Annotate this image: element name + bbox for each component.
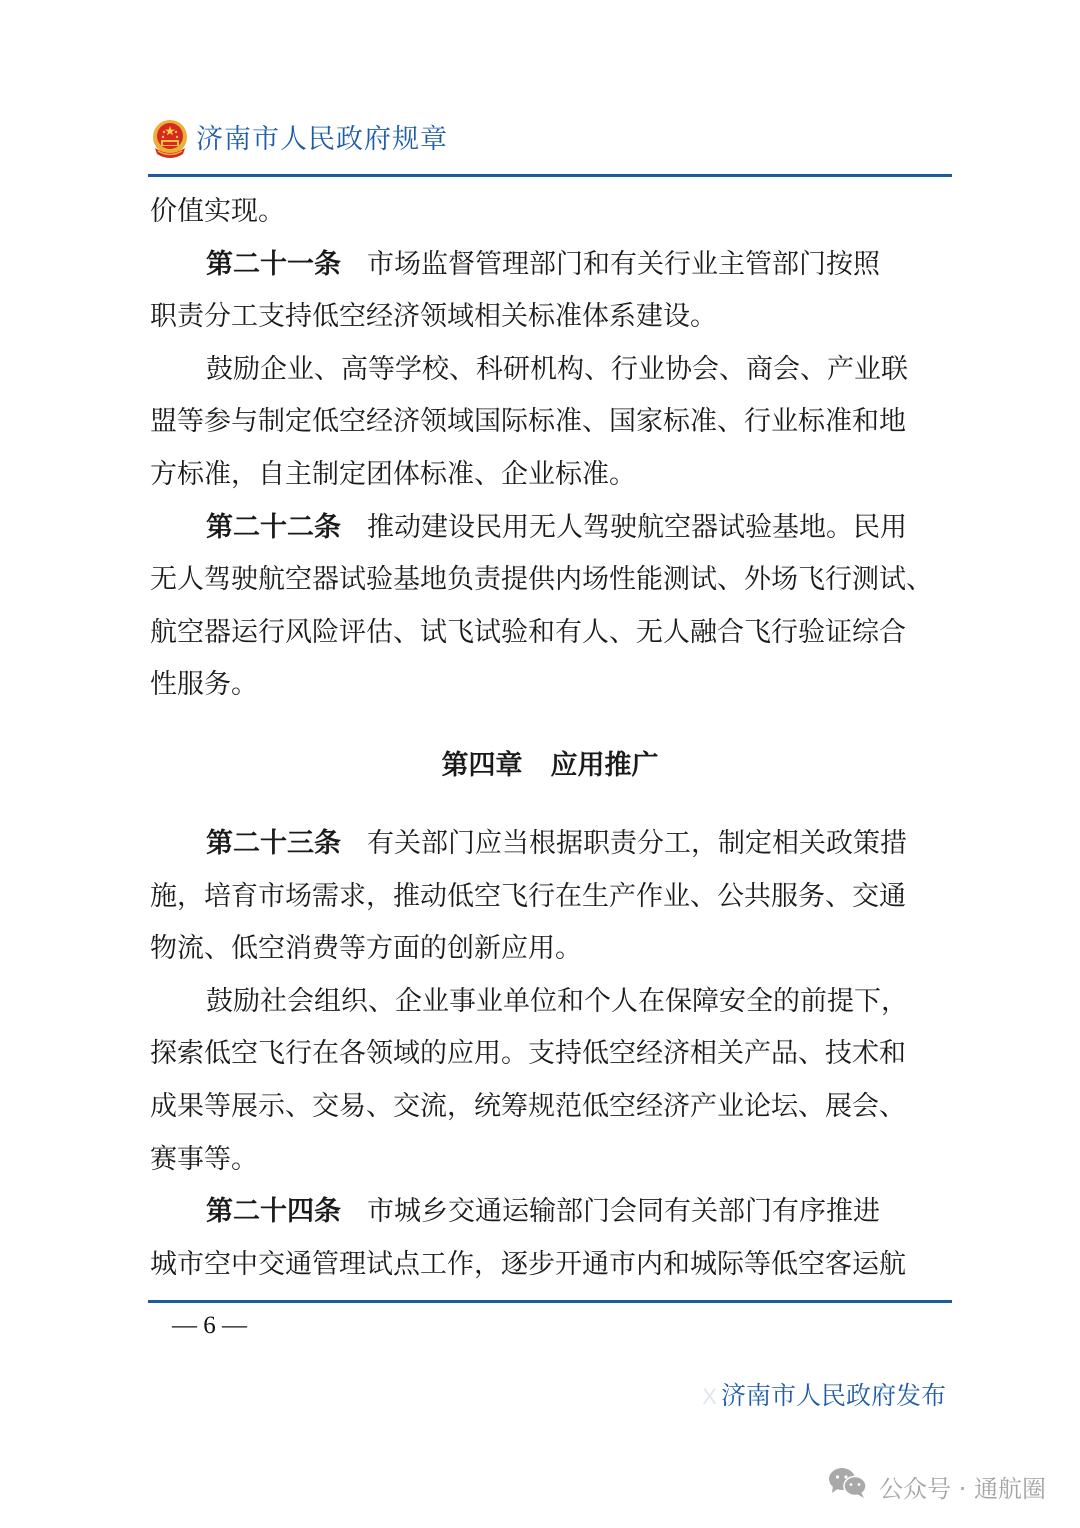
publisher-credit: X济南市人民政府发布 xyxy=(702,1376,946,1412)
publisher-prefix: X xyxy=(702,1384,717,1409)
article-21: 第二十一条市场监督管理部门和有关行业主管部门按照 职责分工支持低空经济领域相关标… xyxy=(150,239,950,502)
chapter-heading: 第四章应用推广 xyxy=(150,740,950,792)
page-number: — 6 — xyxy=(172,1312,247,1340)
continuation-text: 价值实现。 xyxy=(150,186,950,239)
chapter-number: 第四章 xyxy=(442,750,523,781)
article-number: 第二十一条 xyxy=(206,249,341,280)
article-first-line: 第二十三条有关部门应当根据职责分工，制定相关政策措 xyxy=(150,818,950,871)
wechat-icon xyxy=(827,1466,869,1506)
article-text: 无人驾驶航空器试验基地负责提供内场性能测试、外场飞行测试、 xyxy=(150,554,950,607)
article-text: 施，培育市场需求，推动低空飞行在生产作业、公共服务、交通 xyxy=(150,871,950,924)
wechat-watermark: 公众号 · 通航圈 xyxy=(827,1466,1046,1506)
article-text: 性服务。 xyxy=(150,659,950,712)
national-emblem-icon xyxy=(150,118,190,162)
article-23: 第二十三条有关部门应当根据职责分工，制定相关政策措 施，培育市场需求，推动低空飞… xyxy=(150,818,950,1186)
article-text: 职责分工支持低空经济领域相关标准体系建设。 xyxy=(150,291,950,344)
publisher-name: 济南市人民政府发布 xyxy=(721,1381,946,1410)
article-22: 第二十二条推动建设民用无人驾驶航空器试验基地。民用 无人驾驶航空器试验基地负责提… xyxy=(150,502,950,712)
document-header: 济南市人民政府规章 xyxy=(150,115,448,165)
paragraph-text: 鼓励社会组织、企业事业单位和个人在保障安全的前提下， xyxy=(150,976,950,1029)
article-24: 第二十四条市城乡交通运输部门会同有关部门有序推进 城市空中交通管理试点工作，逐步… xyxy=(150,1186,950,1291)
article-text: 物流、低空消费等方面的创新应用。 xyxy=(150,923,950,976)
article-number: 第二十四条 xyxy=(206,1196,341,1227)
paragraph-text: 鼓励企业、高等学校、科研机构、行业协会、商会、产业联 xyxy=(150,344,950,397)
article-first-line: 第二十四条市城乡交通运输部门会同有关部门有序推进 xyxy=(150,1186,950,1239)
paragraph-text: 盟等参与制定低空经济领域国际标准、国家标准、行业标准和地 xyxy=(150,396,950,449)
article-number: 第二十三条 xyxy=(206,828,341,859)
article-first-line: 第二十二条推动建设民用无人驾驶航空器试验基地。民用 xyxy=(150,502,950,555)
article-text: 推动建设民用无人驾驶航空器试验基地。民用 xyxy=(367,512,907,543)
header-divider xyxy=(148,174,952,177)
header-title: 济南市人民政府规章 xyxy=(196,118,448,162)
paragraph-text: 方标准，自主制定团体标准、企业标准。 xyxy=(150,449,950,502)
document-body: 价值实现。 第二十一条市场监督管理部门和有关行业主管部门按照 职责分工支持低空经… xyxy=(150,186,950,1291)
article-number: 第二十二条 xyxy=(206,512,341,543)
article-text: 城市空中交通管理试点工作，逐步开通市内和城际等低空客运航 xyxy=(150,1239,950,1292)
paragraph-text: 赛事等。 xyxy=(150,1134,950,1187)
article-first-line: 第二十一条市场监督管理部门和有关行业主管部门按照 xyxy=(150,239,950,292)
chapter-title: 应用推广 xyxy=(551,750,659,781)
paragraph-text: 探索低空飞行在各领域的应用。支持低空经济相关产品、技术和 xyxy=(150,1028,950,1081)
paragraph-text: 成果等展示、交易、交流，统筹规范低空经济产业论坛、展会、 xyxy=(150,1081,950,1134)
article-text: 市场监督管理部门和有关行业主管部门按照 xyxy=(367,249,880,280)
footer-divider xyxy=(148,1300,952,1303)
article-text: 市城乡交通运输部门会同有关部门有序推进 xyxy=(367,1196,880,1227)
article-text: 航空器运行风险评估、试飞试验和有人、无人融合飞行验证综合 xyxy=(150,607,950,660)
watermark-label: 公众号 · 通航圈 xyxy=(879,1469,1046,1504)
article-text: 有关部门应当根据职责分工，制定相关政策措 xyxy=(367,828,907,859)
